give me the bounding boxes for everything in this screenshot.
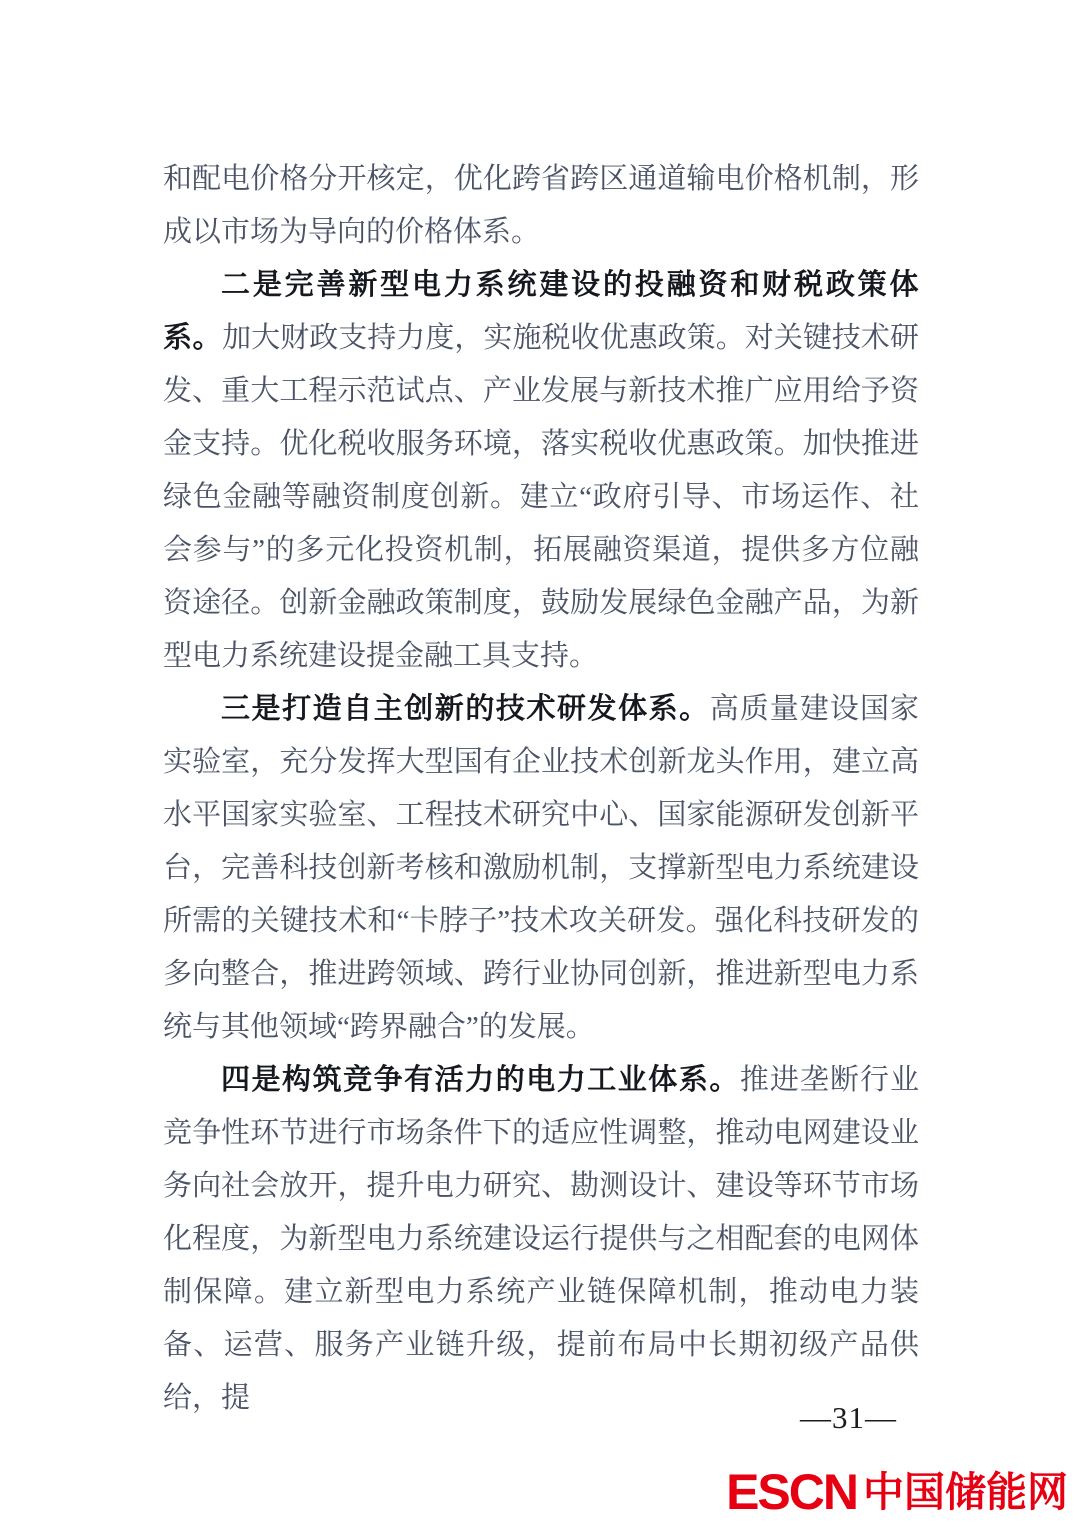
paragraph-2: 二是完善新型电力系统建设的投融资和财税政策体系。加大财政支持力度，实施税收优惠政…: [163, 259, 919, 683]
body-text: 加大财政支持力度，实施税收优惠政策。对关键技术研发、重大工程示范试点、产业发展与…: [163, 322, 919, 672]
lead-sentence: 四是构筑竞争有活力的电力工业体系。: [221, 1064, 740, 1096]
document-page: 和配电价格分开核定，优化跨省跨区通道输电价格机制，形成以市场为导向的价格体系。 …: [0, 0, 1080, 1527]
logo-latin-text: ESCN: [726, 1464, 857, 1520]
page-number: —31—: [800, 1398, 897, 1438]
paragraph-4: 四是构筑竞争有活力的电力工业体系。推进垄断行业竞争性环节进行市场条件下的适应性调…: [163, 1054, 919, 1425]
body-text: 和配电价格分开核定，优化跨省跨区通道输电价格机制，形成以市场为导向的价格体系。: [163, 163, 919, 248]
paragraph-continuation: 和配电价格分开核定，优化跨省跨区通道输电价格机制，形成以市场为导向的价格体系。: [163, 153, 919, 259]
lead-sentence: 三是打造自主创新的技术研发体系。: [221, 693, 710, 725]
escn-logo: ESCN中国储能网: [726, 1459, 1068, 1521]
body-text: 推进垄断行业竞争性环节进行市场条件下的适应性调整，推动电网建设业务向社会放开，提…: [163, 1064, 919, 1414]
logo-cjk-text: 中国储能网: [863, 1469, 1068, 1515]
document-body: 和配电价格分开核定，优化跨省跨区通道输电价格机制，形成以市场为导向的价格体系。 …: [163, 153, 919, 1425]
paragraph-3: 三是打造自主创新的技术研发体系。高质量建设国家实验室，充分发挥大型国有企业技术创…: [163, 683, 919, 1054]
body-text: 高质量建设国家实验室，充分发挥大型国有企业技术创新龙头作用，建立高水平国家实验室…: [163, 693, 919, 1043]
